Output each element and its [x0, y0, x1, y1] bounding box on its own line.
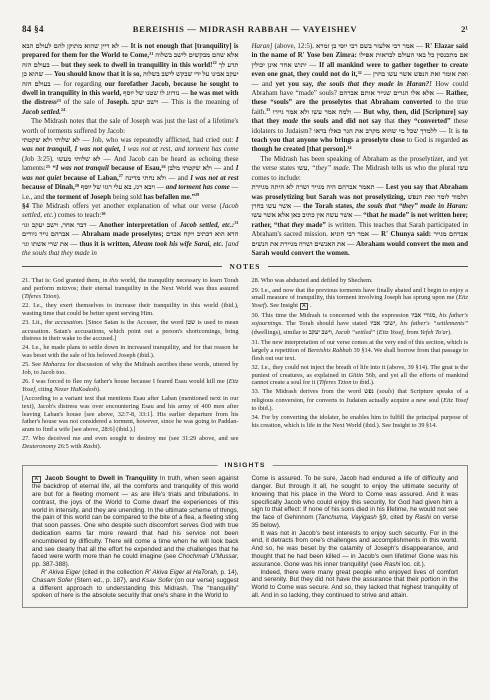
paragraph: 21. That is: God granted them, in this w… — [22, 277, 239, 300]
paragraph: דבר אחר, וישב יעקב וגו׳ — Another interp… — [22, 221, 239, 259]
insights-heading: INSIGHTS — [218, 462, 273, 469]
paragraph: 28. Who was abducted and defiled by Shec… — [252, 277, 469, 285]
folio-reference: 2¹ — [408, 24, 468, 34]
paragraph: Indeed, there were many great people who… — [252, 569, 459, 600]
paragraph: 31. The new interpretation of our verse … — [252, 339, 469, 362]
notes-heading: NOTES — [229, 262, 260, 271]
paragraph: 25. See Maharzu for discussion of why th… — [22, 361, 239, 376]
notes-right-column: 28. Who was abducted and defiled by Shec… — [252, 277, 469, 452]
notes-left-column: 21. That is: God granted them, in this w… — [22, 277, 239, 452]
insights-left-column: A Jacob Sought to Dwell in Tranquility I… — [32, 475, 239, 600]
insights-right-column: Come is assured. To be sure, Jacob had e… — [252, 475, 459, 600]
paragraph: Come is assured. To be sure, Jacob had e… — [252, 475, 459, 530]
notes-section: 21. That is: God granted them, in this w… — [22, 277, 468, 452]
body-right-column: Haran] (above, 12:5). אמר רבי אלעזר בשם … — [252, 42, 469, 258]
notes-divider: NOTES — [22, 262, 468, 271]
divider-rule-right — [268, 266, 468, 267]
paragraph: 24. I.e., he made plans to settle down i… — [22, 344, 239, 359]
paragraph: It was not in Jacob's best interests to … — [252, 530, 459, 569]
paragraph: 26. I was forced to flee my father's hou… — [22, 378, 239, 393]
paragraph: 32. I.e., they could not inject the brea… — [252, 364, 469, 387]
paragraph: Haran] (above, 12:5). אמר רבי אלעזר בשם … — [252, 42, 469, 155]
paragraph: 27. Who deceived me and even sought to d… — [22, 435, 239, 450]
paragraph: 29. I.e., and now that the previous torm… — [252, 287, 469, 311]
paragraph: לא שלותי ולא שקטתי — Job, who was repeat… — [22, 136, 239, 202]
page-header: 84 §4 BEREISHIS — MIDRASH RABBAH — VAYEI… — [22, 24, 468, 34]
midrash-rabbah-page: 84 §4 BEREISHIS — MIDRASH RABBAH — VAYEI… — [0, 0, 490, 700]
paragraph: 33. The Midrash derives from the word נפ… — [252, 388, 469, 412]
insights-box: INSIGHTS A Jacob Sought to Dwell in Tran… — [22, 465, 468, 608]
paragraph: §4 The Midrash offers yet another explan… — [22, 202, 239, 221]
paragraph: תאמר אברהם היה מגייר ושרה לא היתה מגיירת… — [252, 183, 469, 258]
commentary-body: לא דיין שהוא מתוקן להם לעולם הבא — It is… — [22, 42, 468, 258]
paragraph: The Midrash has been speaking of Abraham… — [252, 155, 469, 183]
section-reference: 84 §4 — [22, 24, 82, 34]
paragraph: 34. For by converting the idolater, he e… — [252, 414, 469, 429]
paragraph: R' Akiva Eiger (cited in the collection … — [32, 569, 239, 600]
paragraph: לא דיין שהוא מתוקן להם לעולם הבא — It is… — [22, 42, 239, 117]
paragraph: 22. I.e., they exert themselves to incre… — [22, 302, 239, 317]
paragraph: A Jacob Sought to Dwell in Tranquility I… — [32, 475, 239, 569]
insights-columns: A Jacob Sought to Dwell in Tranquility I… — [32, 475, 458, 600]
paragraph: 30. This time the Midrash is concerned w… — [252, 312, 469, 338]
book-title: BEREISHIS — MIDRASH RABBAH — VAYEISHEV — [82, 24, 408, 34]
paragraph: The Midrash notes that the sale of Josep… — [22, 117, 239, 136]
paragraph: 23. Lit., the accusation. [Since Satan i… — [22, 319, 239, 343]
paragraph: [According to a variant text that mentio… — [22, 395, 239, 434]
body-left-column: לא דיין שהוא מתוקן להם לעולם הבא — It is… — [22, 42, 239, 258]
divider-rule-left — [22, 266, 222, 267]
